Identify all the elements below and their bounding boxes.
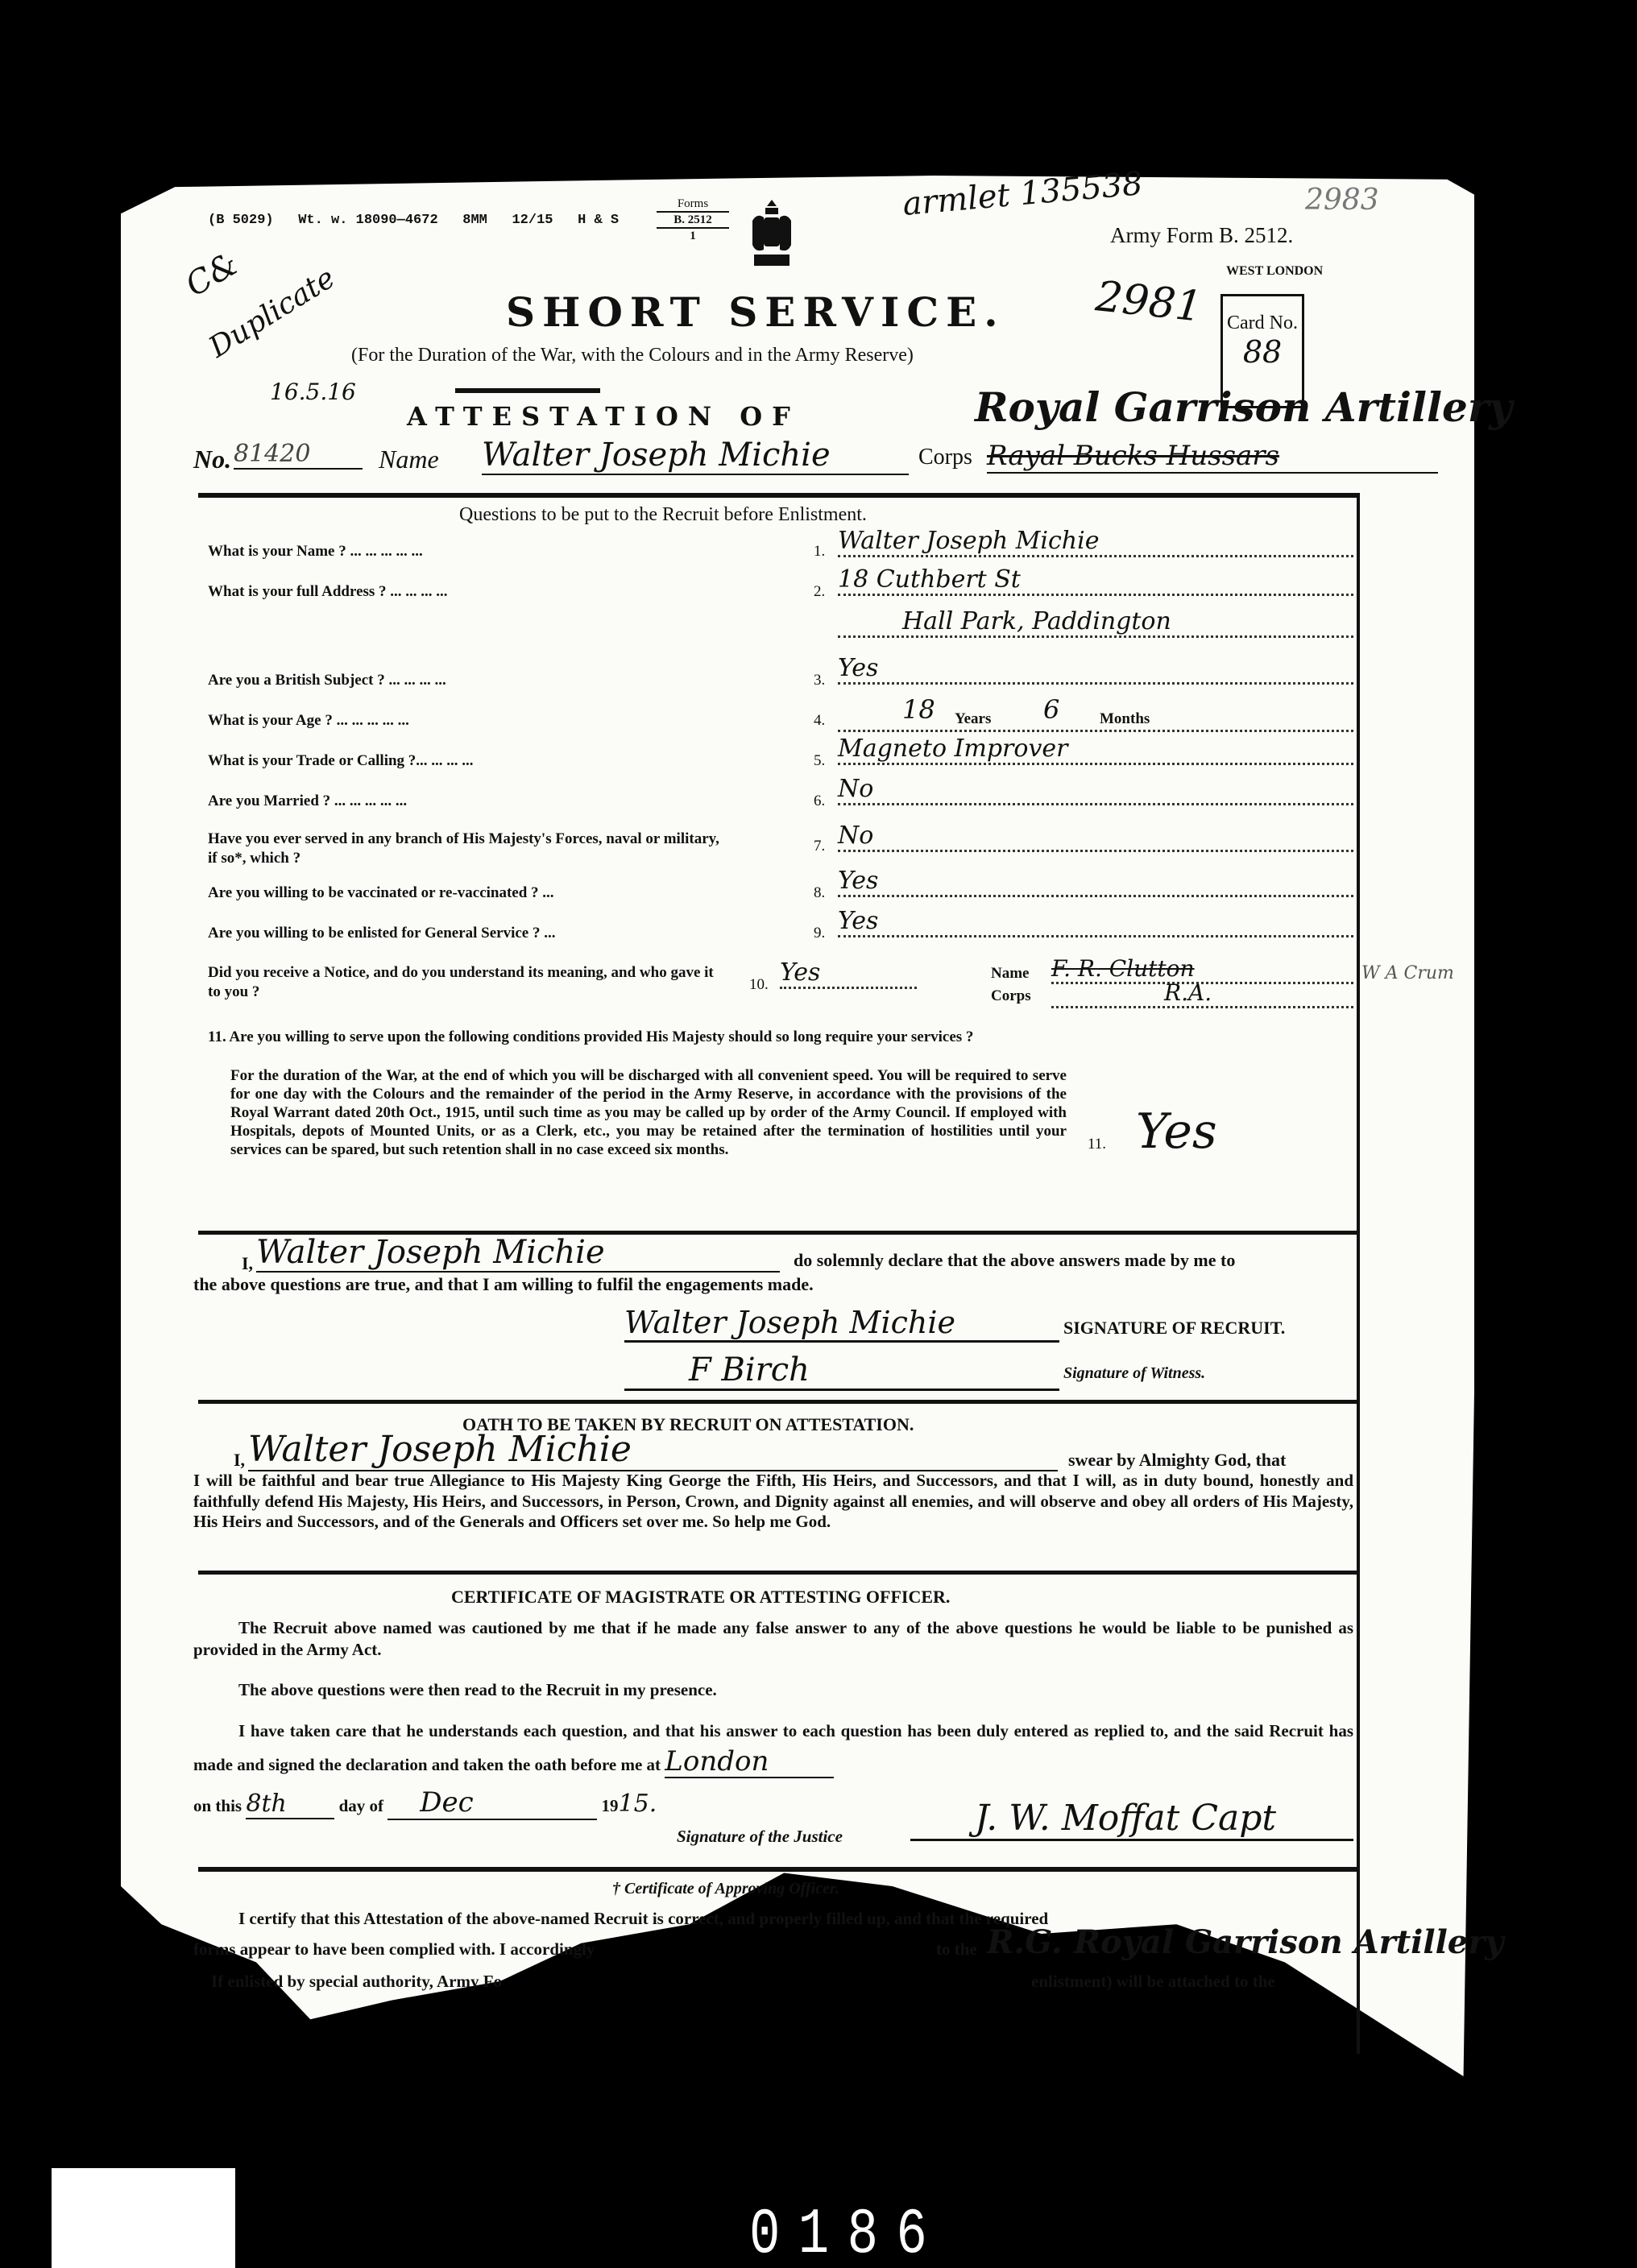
answer-2-line2: Hall Park, Paddington (838, 607, 1353, 638)
approving-line-2b: to the (936, 1939, 977, 1960)
age-months: 6 (1043, 694, 1059, 725)
margin-date-note: 16.5.16 (270, 379, 356, 405)
witness-signature: F Birch (624, 1351, 1059, 1391)
question-5: What is your Trade or Calling ?... ... .… (208, 752, 474, 770)
card-number-value: 88 (1223, 334, 1302, 370)
notice-name-note: W A Crum (1361, 963, 1454, 983)
notice-name-label: Name (991, 965, 1029, 983)
day-of-label: day of (339, 1796, 383, 1815)
answer-10: Yes (780, 958, 917, 989)
attestation-corps: Royal Garrison Artillery (975, 383, 1512, 431)
months-label: Months (1100, 710, 1150, 728)
name-value: Walter Joseph Michie (482, 437, 909, 475)
royal-coat-of-arms-icon (749, 197, 794, 274)
approving-officer-heading: † Certificate of Approving Officer. (612, 1880, 839, 1898)
forms-number: B. 2512 (657, 211, 729, 229)
question-2: What is your full Address ? ... ... ... … (208, 583, 448, 601)
forms-reference: Forms B. 2512 1 (657, 197, 729, 243)
answer-8: Yes (838, 867, 1353, 897)
calibration-card (52, 2168, 235, 2268)
section-divider (198, 1400, 1357, 1404)
years-label: Years (955, 710, 991, 728)
answer-1: Walter Joseph Michie (838, 527, 1353, 557)
section-divider (198, 1867, 1357, 1872)
oath-swear: swear by Almighty God, that (1068, 1450, 1286, 1471)
section-divider (198, 1571, 1357, 1575)
card-number-label: Card No. (1223, 312, 1302, 334)
regimental-number-label: No. (193, 445, 231, 474)
question-4: What is your Age ? ... ... ... ... ... (208, 712, 409, 730)
certificate-paragraph-1: The Recruit above named was cautioned by… (193, 1617, 1353, 1661)
declaration-prefix: I, (242, 1253, 253, 1274)
question-1-number: 1. (814, 543, 825, 561)
question-8-number: 8. (814, 884, 825, 902)
declaration-name: Walter Joseph Michie (256, 1234, 780, 1273)
year-printed: 19 (602, 1796, 619, 1815)
age-years: 18 (902, 694, 935, 725)
certificate-heading: CERTIFICATE OF MAGISTRATE OR ATTESTING O… (451, 1587, 950, 1608)
oath-body: I will be faithful and bear true Allegia… (193, 1471, 1353, 1533)
question-11-text: Are you willing to serve upon the follow… (229, 1028, 973, 1045)
answer-6: No (838, 775, 1353, 805)
attestation-date-line: on this 8th day of Dec 1915. (193, 1786, 657, 1820)
question-2-number: 2. (814, 583, 825, 601)
faint-number: 2983 (1305, 184, 1379, 217)
declaration-text-1: do solemnly declare that the above answe… (794, 1250, 1235, 1271)
certificate-paragraph-2: The above questions were then read to th… (238, 1678, 717, 1701)
question-10: Did you receive a Notice, and do you und… (208, 963, 723, 1002)
oath-prefix: I, (234, 1450, 245, 1471)
approving-line-3a: If enlisted by special authority, Army F… (211, 1972, 502, 1992)
question-5-number: 5. (814, 752, 825, 770)
answer-4: 18 Years 6 Months (838, 694, 1353, 732)
answer-9: Yes (838, 907, 1353, 937)
question-3-number: 3. (814, 672, 825, 689)
recruit-signature: Walter Joseph Michie (624, 1305, 1059, 1343)
corps-label: Corps (918, 445, 972, 470)
question-11-number: 11. (208, 1028, 226, 1045)
form-title: SHORT SERVICE. (506, 288, 1005, 336)
justice-signature-label: Signature of the Justice (677, 1827, 843, 1847)
witness-signature-label: Signature of Witness. (1063, 1364, 1205, 1383)
attestation-place: London (665, 1746, 834, 1778)
attestation-year: 15. (619, 1790, 657, 1818)
heading-rule (455, 388, 600, 393)
approving-corps: R.G. Royal Garrison Artillery (987, 1923, 1504, 1961)
district-stamp: WEST LONDON (1226, 264, 1323, 279)
question-11: 11. Are you willing to serve upon the fo… (208, 1028, 1067, 1046)
notice-corps-value: R.A. (1051, 979, 1353, 1008)
question-7-number: 7. (814, 838, 825, 855)
question-6-number: 6. (814, 793, 825, 810)
questions-heading: Questions to be put to the Recruit befor… (459, 504, 867, 526)
answer-2-line1: 18 Cuthbert St (838, 565, 1353, 596)
certificate-paragraph-3: I have taken care that he understands ea… (193, 1715, 1353, 1780)
corps-value-struck: Rayal Bucks Hussars (987, 440, 1438, 474)
forms-sub: 1 (657, 229, 729, 243)
answer-3: Yes (838, 654, 1353, 685)
attestation-month: Dec (387, 1786, 597, 1820)
answer-11: Yes (1136, 1103, 1217, 1160)
declaration-text-2: the above questions are true, and that I… (193, 1274, 814, 1295)
approving-line-1: I certify that this Attestation of the a… (238, 1909, 1048, 1929)
on-this-label: on this (193, 1796, 242, 1815)
regimental-number-value: 81420 (234, 440, 363, 470)
form-subtitle: (For the Duration of the War, with the C… (351, 345, 914, 366)
attestation-heading: ATTESTATION OF (407, 401, 800, 432)
printer-code: (B 5029) Wt. w. 18090—4672 8MM 12/15 H &… (208, 213, 619, 228)
recruit-signature-label: SIGNATURE OF RECRUIT. (1063, 1318, 1285, 1339)
question-4-number: 4. (814, 712, 825, 730)
approving-line-3b: enlistment) will be attached to the (1031, 1972, 1275, 1992)
attestation-day: 8th (246, 1790, 334, 1819)
question-1: What is your Name ? ... ... ... ... ... (208, 543, 423, 561)
question-6: Are you Married ? ... ... ... ... ... (208, 793, 407, 810)
question-10-number: 10. (749, 976, 769, 994)
answer-7: No (838, 822, 1353, 852)
question-9: Are you willing to be enlisted for Gener… (208, 925, 556, 942)
question-9-number: 9. (814, 925, 825, 942)
forms-label: Forms (657, 197, 729, 211)
name-label: Name (379, 445, 439, 474)
question-11-conditions: For the duration of the War, at the end … (230, 1066, 1067, 1159)
notice-corps-label: Corps (991, 987, 1031, 1005)
question-3: Are you a British Subject ? ... ... ... … (208, 672, 446, 689)
question-8: Are you willing to be vaccinated or re-v… (208, 884, 554, 902)
question-7: Have you ever served in any branch of Hi… (208, 830, 723, 868)
answer-11-number: 11. (1088, 1136, 1106, 1153)
frame-number: 0186 (749, 2199, 945, 2268)
answer-5: Magneto Improver (838, 735, 1353, 765)
army-form-label: Army Form B. 2512. (1110, 223, 1293, 248)
approving-line-2a: forms appear to have been complied with.… (193, 1939, 595, 1960)
justice-signature: J. W. Moffat Capt (910, 1798, 1353, 1841)
oath-name: Walter Joseph Michie (248, 1429, 1058, 1471)
